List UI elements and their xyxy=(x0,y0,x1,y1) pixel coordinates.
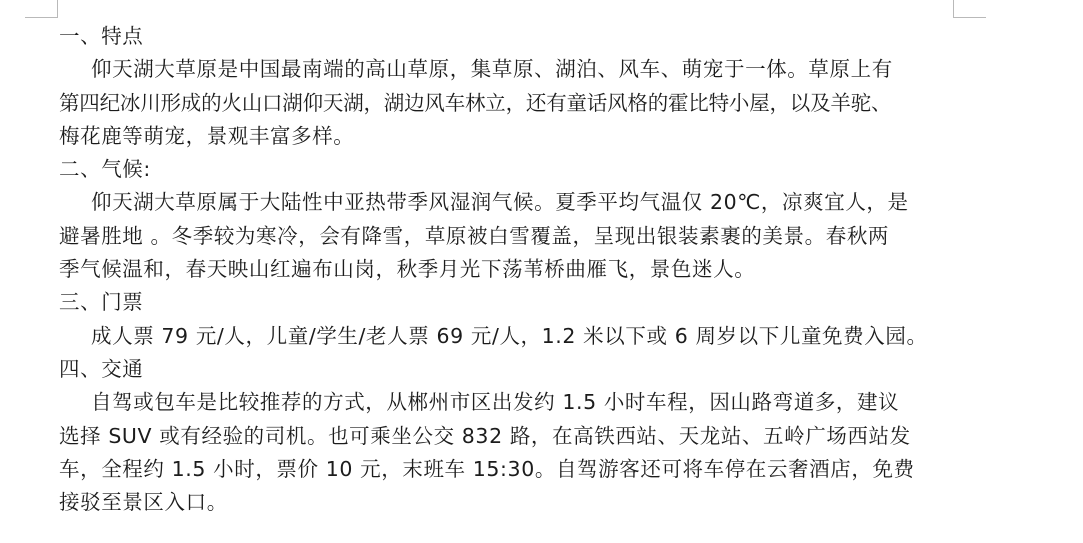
paragraph-line: 避暑胜地 。冬季较为寒冷，会有降雪，草原被白雪覆盖，呈现出银装素裹的美景。春秋两 xyxy=(59,220,953,253)
page-corner-mark-top-left xyxy=(25,0,58,18)
paragraph-line: 成人票 79 元/人，儿童/学生/老人票 69 元/人，1.2 米以下或 6 周… xyxy=(59,320,953,353)
section-heading-climate: 二、气候: xyxy=(59,153,953,186)
section-paragraph-features: 仰天湖大草原是中国最南端的高山草原，集草原、湖泊、风车、萌宠于一体。草原上有 第… xyxy=(59,53,953,153)
section-heading-transport: 四、交通 xyxy=(59,353,953,386)
paragraph-line: 仰天湖大草原是中国最南端的高山草原，集草原、湖泊、风车、萌宠于一体。草原上有 xyxy=(59,53,953,86)
paragraph-line: 接驳至景区入口。 xyxy=(59,486,953,519)
paragraph-line: 车，全程约 1.5 小时，票价 10 元，末班车 15:30。自驾游客还可将车停… xyxy=(59,453,953,486)
section-heading-tickets: 三、门票 xyxy=(59,286,953,319)
section-paragraph-tickets: 成人票 79 元/人，儿童/学生/老人票 69 元/人，1.2 米以下或 6 周… xyxy=(59,320,953,353)
section-heading-features: 一、特点 xyxy=(59,20,953,53)
paragraph-line: 自驾或包车是比较推荐的方式，从郴州市区出发约 1.5 小时车程，因山路弯道多，建… xyxy=(59,386,953,419)
section-paragraph-transport: 自驾或包车是比较推荐的方式，从郴州市区出发约 1.5 小时车程，因山路弯道多，建… xyxy=(59,386,953,519)
paragraph-line: 梅花鹿等萌宠，景观丰富多样。 xyxy=(59,120,953,153)
paragraph-line: 季气候温和，春天映山红遍布山岗，秋季月光下荡苇桥曲雁飞，景色迷人。 xyxy=(59,253,953,286)
page-corner-mark-top-right xyxy=(953,0,986,18)
paragraph-line: 选择 SUV 或有经验的司机。也可乘坐公交 832 路，在高铁西站、天龙站、五岭… xyxy=(59,420,953,453)
document-page: 一、特点 仰天湖大草原是中国最南端的高山草原，集草原、湖泊、风车、萌宠于一体。草… xyxy=(59,20,953,519)
paragraph-line: 仰天湖大草原属于大陆性中亚热带季风湿润气候。夏季平均气温仅 20℃，凉爽宜人，是 xyxy=(59,186,953,219)
section-paragraph-climate: 仰天湖大草原属于大陆性中亚热带季风湿润气候。夏季平均气温仅 20℃，凉爽宜人，是… xyxy=(59,186,953,286)
paragraph-line: 第四纪冰川形成的火山口湖仰天湖，湖边风车林立，还有童话风格的霍比特小屋，以及羊驼… xyxy=(59,87,953,120)
